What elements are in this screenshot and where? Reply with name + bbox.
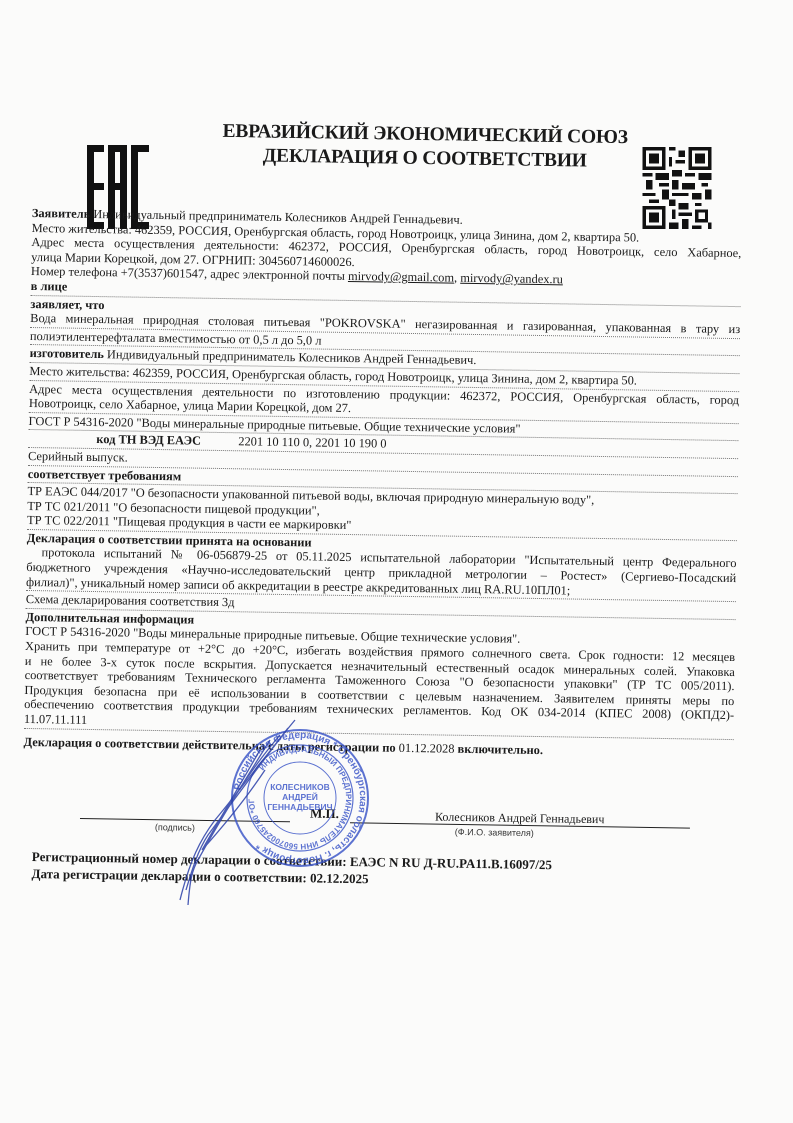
manufacturer-label: изготовитель [30, 346, 104, 361]
registration-date: 02.12.2025 [310, 870, 369, 886]
email-link-yandex[interactable]: mirvody@yandex.ru [460, 271, 563, 287]
signature-scribble-icon [120, 710, 300, 910]
applicant-caption: (Ф.И.О. заявителя) [455, 827, 534, 838]
declaration-body: Заявитель Индивидуальный предприниматель… [23, 206, 741, 760]
document-title: ЕВРАЗИЙСКИЙ ЭКОНОМИЧЕСКИЙ СОЮЗ ДЕКЛАРАЦИ… [215, 120, 636, 175]
tn-ved-label: код ТН ВЭД ЕАЭС [28, 431, 238, 449]
email-separator: , [454, 271, 457, 285]
email-link-gmail[interactable]: mirvody@gmail.com [348, 269, 454, 285]
applicant-label: Заявитель [32, 206, 91, 221]
registration-number: ЕАЭС N RU Д-RU.PA11.B.16097/25 [350, 854, 552, 872]
declaration-page: ЕВРАЗИЙСКИЙ ЭКОНОМИЧЕСКИЙ СОЮЗ ДЕКЛАРАЦИ… [0, 0, 793, 1123]
validity-date: 01.12.2028 [399, 740, 455, 755]
validity-suffix: включительно. [458, 741, 544, 756]
tn-ved-value: 2201 10 110 0, 2201 10 190 0 [238, 435, 386, 452]
